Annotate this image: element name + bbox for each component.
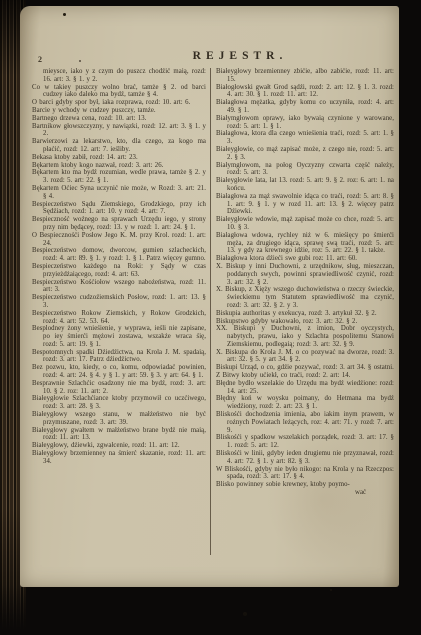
index-entry: Białeygłowy brzemienney na śmierć skazan… (32, 450, 206, 466)
index-entry: Bartnikow głowszczyzny, y nawiązki, rozd… (32, 123, 206, 139)
index-entry: Błędne bydło wszelakie do Urzędu ma bydź… (216, 380, 394, 396)
index-entry: Besprawnie Szlachćic osadzony nie ma byd… (32, 380, 206, 396)
index-entry: Białagłowa za mąż swawolnie idąca co tra… (216, 193, 394, 216)
index-entry: Bespieczeństwo Rokow Ziemskich, y Rokow … (32, 310, 206, 326)
index-entry: Bespotomnych spadki Dźiedźictwa, na Krol… (32, 349, 206, 365)
index-entry: O Bespiecznośći Posłow Jego K. M. przy K… (32, 232, 206, 248)
index-entry: Bespieczeństwo Kośćiołow wszego nabożeńs… (32, 279, 206, 295)
index-entry: Biskupstwo gdyby wakowało, roz: 3. art: … (216, 318, 394, 326)
index-columns: mieysce, iako y z czym do puszcz chodźić… (32, 68, 394, 555)
index-entry: Bespieczność woźnego na sprawach Urzędu … (32, 216, 206, 232)
index-entry: Białagłowa ktora dźieći swe gubi roz: 11… (216, 255, 394, 263)
left-column: mieysce, iako y z czym do puszcz chodźić… (32, 68, 210, 555)
index-entry: X. Biskupa do Krola J. M. o co pozywać n… (216, 349, 394, 365)
index-entry: Bliskośći dochodzenia imienia, abo iakim… (216, 411, 394, 434)
index-entry: Białeygłowie Szlachćiance ktoby przymowi… (32, 395, 206, 411)
index-entry: Barcie y wchody w cudzey puszczy, tamże. (32, 107, 206, 115)
index-entry: Bękartem Oćiec Syna uczynić nie może, w … (32, 185, 206, 201)
index-entry: mieysce, iako y z czym do puszcz chodźić… (32, 68, 206, 84)
index-entry: Białeygłowie wdowie, mąż zapisać może co… (216, 216, 394, 232)
index-entry: XX. Biskupi y Duchowni, z imion, Dobr oy… (216, 325, 394, 348)
index-entry: Białagłowa wdowa, rychley niż w 6. mieśi… (216, 232, 394, 255)
ink-speck (63, 13, 66, 16)
page-paper: 2 REJESTR. mieysce, iako y z czym do pus… (20, 6, 399, 587)
index-entry: Bliskośći w linii, gdyby ieden drugiemu … (216, 450, 394, 466)
index-entry: Bespieczeństwo cudzoźiemskich Posłow, ro… (32, 294, 206, 310)
index-entry: Bekasa ktoby zabił, rozd: 14. art: 23. (32, 154, 206, 162)
page-number: 2 (38, 55, 42, 64)
index-entry: Białeygłowy brzemienney zbićie, albo zab… (216, 68, 394, 84)
catchword: wać (216, 489, 394, 497)
index-entry: Bespieczeństwo domow, dworcow, gumien sz… (32, 247, 206, 263)
index-entry: Bespieczeństwo każdego na Roki: y Sądy w… (32, 263, 206, 279)
index-entry: W Bliskośći, gdyby nie było nikogo: na K… (216, 466, 394, 482)
index-entry: Białeygłowy, dźiewki, zgwałcenie, rozd: … (32, 442, 206, 450)
index-entry: Białeygłowy gwałtem w małżeństwo brane b… (32, 427, 206, 443)
scanned-book-page: 2 REJESTR. mieysce, iako y z czym do pus… (0, 0, 421, 635)
index-entry: Bliskośći y spadkow wszelakich porządek,… (216, 434, 394, 450)
index-entry: Blisko powinney sobie krewney, ktoby poy… (216, 481, 394, 489)
index-entry: Białeygłowie, co mąż zapisać może, z cze… (216, 146, 394, 162)
index-entry: X. Biskup y inni Duchowni, z urzędnikow,… (216, 263, 394, 286)
index-entry: Białymgłowom oprawy, iako bywaią czynion… (216, 115, 394, 131)
index-entry: Besplodney żony wnieśienie, y wyprawa, i… (32, 325, 206, 348)
index-entry: Bespieczeństwo Sądu Ziemskiego, Grodzkie… (32, 201, 206, 217)
index-entry: Białeygłowy wszego stanu, w małżeństwo n… (32, 411, 206, 427)
index-entry: Białeygłowie lata, lat 13. rozd: 5. art:… (216, 177, 394, 193)
ink-speck (79, 60, 81, 62)
index-entry: Bękartem ktoby kogo nazwał, rozd: 3. art… (32, 162, 206, 170)
index-entry: Białagłowa, ktora dla czego wnieśienia t… (216, 130, 394, 146)
index-entry: Barwierzowi za lekarstwo, kto, dla czego… (32, 138, 206, 154)
index-entry: Bartnego drzewa cena, rozd: 10. art: 13. (32, 115, 206, 123)
index-entry: Biskupi Urząd, o co, gdźie pozywać, rozd… (216, 364, 394, 372)
index-entry: X. Biskup, z Xięży wszego duchowieństwa … (216, 286, 394, 309)
index-entry: Biskupia authoritas y exekucya, rozd: 3.… (216, 310, 394, 318)
index-entry: O barci gdyby spor był, iaka rozprawa, r… (32, 99, 206, 107)
index-entry: Białymgłowom, na połog Oyczyzny czwarta … (216, 162, 394, 178)
scan-shadow (0, 585, 421, 635)
index-entry: Bękartem kto ma bydź rozumian, wedle pra… (32, 169, 206, 185)
index-entry: Białagłowa mężatka, gdyby komu co uczyni… (216, 99, 394, 115)
index-entry: Białogłowski gwałt Grod sądźi, rozd: 2. … (216, 84, 394, 100)
index-entry: Błędny koń w woysku poimany, do Hetmana … (216, 395, 394, 411)
index-entry: Z Bitwy ktoby ućiekł, co traći, rozd: 2.… (216, 372, 394, 380)
index-entry: Bez pozwu, kto, kiedy, o co, komu, odpow… (32, 364, 206, 380)
right-column: Białeygłowy brzemienney zbićie, albo zab… (210, 68, 394, 555)
page-title: REJESTR. (130, 50, 350, 62)
index-entry: Co w takiey puszczy wolno brać, tamże § … (32, 84, 206, 100)
page-header: 2 REJESTR. (20, 50, 399, 66)
